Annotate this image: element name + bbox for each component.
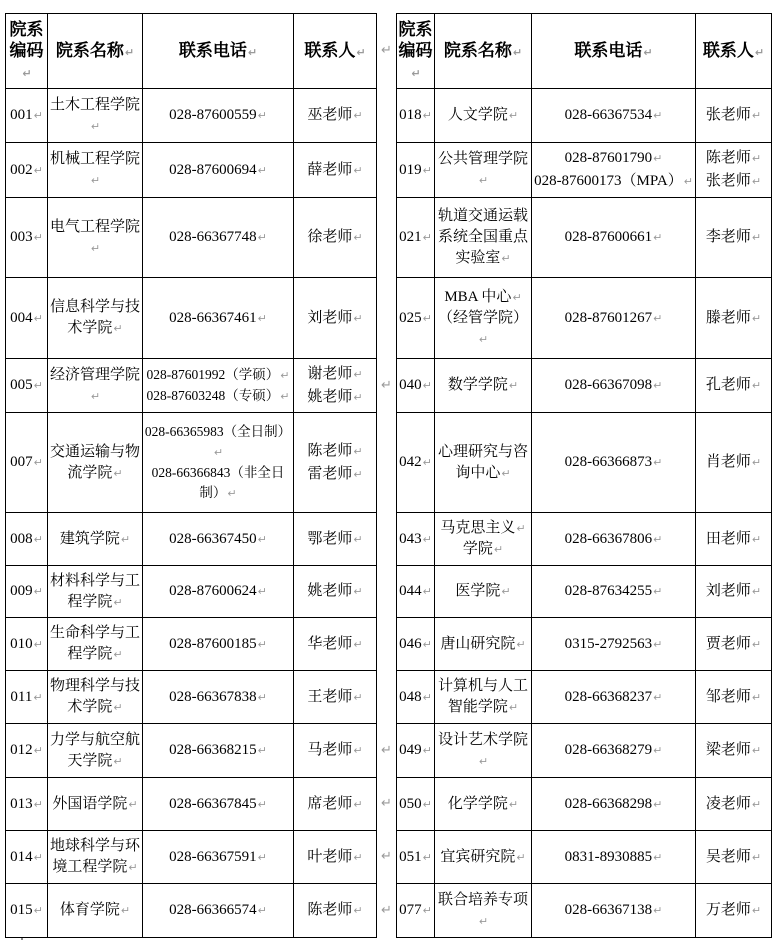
column-header: 联系电话↵	[532, 14, 696, 89]
dept-code: 003	[10, 229, 33, 245]
column-header-label: 院系编码	[399, 20, 433, 60]
contact-line: 贾老师↵	[697, 633, 770, 656]
contact-cell: 肖老师↵	[696, 413, 772, 513]
dept-name-line: 材料科学与工	[49, 571, 141, 592]
contact-table-left: 院系编码↵院系名称↵联系电话↵联系人↵ 001↵土木工程学院↵028-87600…	[5, 13, 377, 938]
paragraph-mark-icon: ↵	[653, 533, 662, 546]
dept-name-line: 天学院↵	[49, 751, 141, 772]
dept-name-line: 设计艺术学院↵	[436, 730, 530, 772]
phone-number: 028-87603248（专硕）	[147, 388, 280, 403]
paragraph-mark-icon: ↵	[353, 109, 362, 122]
paragraph-mark-icon: ↵	[353, 164, 362, 177]
phone-line: 028-87600185↵	[144, 633, 292, 656]
column-header: 院系名称↵	[48, 14, 143, 89]
phone-line: 028-87600661↵	[533, 226, 694, 249]
table-row: 002↵机械工程学院↵028-87600694↵薛老师↵	[6, 143, 377, 198]
dept-name-line: 计算机与人工	[436, 676, 530, 697]
column-header: 院系编码↵	[6, 14, 48, 89]
contact-cell: 鄂老师↵	[294, 513, 377, 566]
paragraph-mark-icon: ↵	[653, 904, 662, 917]
phone-number: 028-87634255	[565, 583, 653, 599]
phone-line: 028-66367591↵	[144, 846, 292, 869]
dept-code: 008	[10, 531, 33, 547]
paragraph-mark-icon: ↵	[752, 744, 761, 757]
dept-code: 050	[399, 796, 422, 812]
contact-cell: 孔老师↵	[696, 359, 772, 413]
paragraph-mark-icon: ↵	[34, 744, 43, 757]
table-row: 015↵体育学院↵028-66366574↵陈老师↵	[6, 884, 377, 938]
column-header-label: 院系编码	[10, 20, 44, 60]
dept-name-line: 公共管理学院↵	[436, 149, 530, 191]
table-row: 013↵外国语学院↵028-66367845↵席老师↵	[6, 778, 377, 831]
phone-cell: 028-66365983（全日制）↵028-66366843（非全日制）↵	[143, 413, 294, 513]
dept-name: 材料科学与工	[50, 573, 140, 589]
dept-name: 人文学院	[448, 107, 508, 123]
dept-code-cell: 018↵	[397, 89, 435, 143]
phone-cell: 0315-2792563↵	[532, 618, 696, 671]
table-row: 044↵医学院↵028-87634255↵刘老师↵	[397, 566, 772, 618]
contact-person: 张老师	[706, 173, 751, 189]
contact-cell: 徐老师↵	[294, 198, 377, 278]
paragraph-mark-icon: ↵	[34, 904, 43, 917]
phone-number: 028-66365983（全日制）	[145, 424, 291, 439]
paragraph-mark-icon: ↵	[34, 456, 43, 469]
paragraph-mark-icon: ↵	[509, 109, 518, 122]
contact-line: 万老师↵	[697, 899, 770, 922]
dept-name: 术学院	[67, 699, 112, 715]
table-row: 005↵经济管理学院↵028-87601992（学硕）↵028-87603248…	[6, 359, 377, 413]
dept-name-line: 人文学院↵	[436, 105, 530, 126]
contact-cell: 陈老师↵雷老师↵	[294, 413, 377, 513]
phone-number: 0315-2792563	[565, 636, 653, 652]
paragraph-mark-icon: ↵	[752, 109, 761, 122]
dept-name: 联合培养专项	[438, 892, 528, 908]
dept-name-line: 生命科学与工	[49, 623, 141, 644]
dept-name-cell: 物理科学与技术学院↵	[48, 671, 143, 724]
paragraph-mark-icon: ↵	[258, 585, 267, 598]
contact-person: 徐老师	[307, 229, 352, 245]
dept-code: 021	[399, 229, 422, 245]
dept-code: 001	[10, 107, 33, 123]
contact-line: 鄂老师↵	[295, 528, 375, 551]
phone-cell: 028-66368298↵	[532, 778, 696, 831]
dept-code: 010	[10, 636, 33, 652]
paragraph-mark-icon: ↵	[353, 368, 362, 381]
paragraph-mark-icon: ↵	[353, 391, 362, 404]
paragraph-mark-icon: ↵	[381, 796, 392, 811]
phone-line: 028-66367748↵	[144, 226, 292, 249]
dept-name-cell: 机械工程学院↵	[48, 143, 143, 198]
dept-name-line: 宜宾研究院↵	[436, 847, 530, 868]
dept-name-cell: 力学与航空航天学院↵	[48, 724, 143, 778]
dept-code-cell: 049↵	[397, 724, 435, 778]
dept-code-cell: 007↵	[6, 413, 48, 513]
phone-cell: 028-66366873↵	[532, 413, 696, 513]
dept-name: 程学院	[67, 594, 112, 610]
paragraph-mark-icon: ↵	[653, 638, 662, 651]
phone-cell: 028-66367591↵	[143, 831, 294, 884]
paragraph-mark-icon: ↵	[258, 109, 267, 122]
contact-person: 马老师	[307, 742, 352, 758]
paragraph-mark-icon: ↵	[423, 691, 432, 704]
phone-number: 028-66366843（非全日制）	[152, 465, 285, 500]
dept-code: 042	[399, 454, 422, 470]
phone-number: 028-66368237	[565, 689, 653, 705]
dept-name: 医学院	[455, 583, 500, 599]
dept-name-cell: 宜宾研究院↵	[435, 831, 532, 884]
phone-number: 028-66367838	[169, 689, 257, 705]
paragraph-mark-icon: ↵	[113, 648, 122, 661]
header-row: 院系编码↵院系名称↵联系电话↵联系人↵	[397, 14, 772, 89]
dept-code: 013	[10, 796, 33, 812]
contact-person: 刘老师	[706, 583, 751, 599]
contact-line: 席老师↵	[295, 793, 375, 816]
contact-person: 巫老师	[307, 107, 352, 123]
phone-number: 028-87601267	[565, 310, 653, 326]
paragraph-mark-icon: ↵	[752, 638, 761, 651]
phone-line: 028-87600559↵	[144, 104, 292, 127]
paragraph-mark-icon: ↵	[381, 849, 392, 864]
contact-person: 滕老师	[706, 310, 751, 326]
paragraph-mark-icon: ↵	[353, 691, 362, 704]
dept-name: 公共管理学院	[438, 151, 528, 167]
dept-name-line: 询中心↵	[436, 463, 530, 484]
paragraph-mark-icon: ↵	[643, 46, 652, 59]
contact-line: 谢老师↵	[295, 363, 375, 386]
contact-cell: 姚老师↵	[294, 566, 377, 618]
contact-person: 邹老师	[706, 689, 751, 705]
dept-code: 011	[10, 689, 32, 705]
phone-line: 028-66368237↵	[533, 686, 694, 709]
gap-row: ↵	[377, 830, 396, 883]
paragraph-mark-icon: ↵	[423, 851, 432, 864]
phone-cell: 028-87601992（学硕）↵028-87603248（专硕）↵	[143, 359, 294, 413]
dept-name-line: 程学院↵	[49, 592, 141, 613]
paragraph-mark-icon: ↵	[653, 585, 662, 598]
paragraph-mark-icon: ↵	[423, 379, 432, 392]
phone-line: 028-87600624↵	[144, 580, 292, 603]
paragraph-mark-icon: ↵	[91, 120, 100, 133]
dept-name-line: 交通运输与物	[49, 442, 141, 463]
phone-number: 028-66366873	[565, 454, 653, 470]
phone-cell: 028-87601790↵028-87600173（MPA）↵	[532, 143, 696, 198]
contact-person: 田老师	[706, 531, 751, 547]
dept-code-cell: 025↵	[397, 278, 435, 359]
contact-cell: 薛老师↵	[294, 143, 377, 198]
paragraph-mark-icon: ↵	[113, 755, 122, 768]
dept-name: 机械工程学院	[50, 151, 140, 167]
phone-cell: 028-66368279↵	[532, 724, 696, 778]
contact-line: 薛老师↵	[295, 159, 375, 182]
dept-name-line: 境工程学院↵	[49, 857, 141, 878]
dept-name-line: 实验室↵	[436, 248, 530, 269]
gap-row: ↵	[377, 883, 396, 937]
contact-line: 王老师↵	[295, 686, 375, 709]
dept-name-line: 化学学院↵	[436, 794, 530, 815]
table-row: 043↵马克思主义↵学院↵028-66367806↵田老师↵	[397, 513, 772, 566]
contact-line: 马老师↵	[295, 739, 375, 762]
paragraph-mark-icon: ↵	[653, 691, 662, 704]
phone-number: 028-66367591	[169, 849, 257, 865]
paragraph-mark-icon: ↵	[34, 164, 43, 177]
dept-name-line: 术学院↵	[49, 697, 141, 718]
dept-name-line: 信息科学与技	[49, 297, 141, 318]
phone-cell: 028-87601267↵	[532, 278, 696, 359]
phone-number: 028-66368215	[169, 742, 257, 758]
dept-code-cell: 014↵	[6, 831, 48, 884]
dept-name: 流学院	[67, 465, 112, 481]
contact-line: 李老师↵	[697, 226, 770, 249]
dept-name-line: 机械工程学院↵	[49, 149, 141, 191]
dept-name: 外国语学院	[52, 796, 127, 812]
dept-name: 唐山研究院	[440, 636, 515, 652]
dept-code: 012	[10, 742, 33, 758]
dept-code-cell: 040↵	[397, 359, 435, 413]
paragraph-mark-icon: ↵	[91, 242, 100, 255]
contact-line: 邹老师↵	[697, 686, 770, 709]
dept-name-line: 体育学院↵	[49, 900, 141, 921]
paragraph-mark-icon: ↵	[33, 691, 42, 704]
paragraph-mark-icon: ↵	[353, 445, 362, 458]
column-header-label: 联系电话	[179, 41, 247, 60]
phone-number: 028-87600173（MPA）	[534, 173, 683, 189]
table-row: 003↵电气工程学院↵028-66367748↵徐老师↵	[6, 198, 377, 278]
contact-cell: 梁老师↵	[696, 724, 772, 778]
paragraph-mark-icon: ↵	[494, 543, 503, 556]
column-header-label: 联系人	[703, 41, 754, 60]
phone-number: 028-66367098	[565, 377, 653, 393]
phone-line: 0315-2792563↵	[533, 633, 694, 656]
paragraph-mark-icon: ↵	[381, 743, 392, 758]
paragraph-mark-icon: ↵	[752, 851, 761, 864]
phone-line: 028-66368215↵	[144, 739, 292, 762]
phone-line: 028-66366574↵	[144, 899, 292, 922]
column-header-label: 联系人	[304, 41, 355, 60]
column-header-label: 院系名称	[444, 41, 512, 60]
dept-code-cell: 002↵	[6, 143, 48, 198]
phone-cell: 028-87600559↵	[143, 89, 294, 143]
paragraph-mark-icon: ↵	[128, 798, 137, 811]
paragraph-mark-icon: ↵	[423, 585, 432, 598]
table-row: 008↵建筑学院↵028-66367450↵鄂老师↵	[6, 513, 377, 566]
contact-line: 张老师↵	[697, 170, 770, 193]
dept-code: 043	[399, 531, 422, 547]
dept-name: 马克思主义	[440, 520, 515, 536]
dept-name-cell: 化学学院↵	[435, 778, 532, 831]
dept-code-cell: 011↵	[6, 671, 48, 724]
dept-code-cell: 005↵	[6, 359, 48, 413]
dept-name: （经管学院）	[438, 310, 528, 326]
paragraph-mark-icon: ↵	[121, 904, 130, 917]
contact-cell: 华老师↵	[294, 618, 377, 671]
paragraph-mark-icon: ↵	[128, 861, 137, 874]
dept-name: 力学与航空航	[50, 732, 140, 748]
table-row: 025↵MBA 中心↵（经管学院）↵028-87601267↵滕老师↵	[397, 278, 772, 359]
dept-name: 电气工程学院	[50, 219, 140, 235]
gap-row: ↵	[377, 777, 396, 830]
paragraph-mark-icon: ↵	[752, 798, 761, 811]
phone-number: 0831-8930885	[565, 849, 653, 865]
paragraph-mark-icon: ↵	[752, 379, 761, 392]
contact-line: 滕老师↵	[697, 307, 770, 330]
paragraph-mark-icon: ↵	[423, 904, 432, 917]
dept-name-line: MBA 中心↵	[436, 287, 530, 308]
dept-name: 物理科学与技	[50, 678, 140, 694]
contact-line: 雷老师↵	[295, 463, 375, 486]
dept-code: 007	[10, 454, 33, 470]
paragraph-mark-icon: ↵	[423, 231, 432, 244]
phone-cell: 028-87600624↵	[143, 566, 294, 618]
contact-person: 鄂老师	[307, 531, 352, 547]
dept-name-cell: 生命科学与工程学院↵	[48, 618, 143, 671]
paragraph-mark-icon: ↵	[516, 851, 525, 864]
dept-code-cell: 043↵	[397, 513, 435, 566]
table-row: 001↵土木工程学院↵028-87600559↵巫老师↵	[6, 89, 377, 143]
dept-name: 宜宾研究院	[440, 849, 515, 865]
dept-code: 044	[399, 583, 422, 599]
phone-number: 028-87600185	[169, 636, 257, 652]
dept-name-cell: 体育学院↵	[48, 884, 143, 938]
dept-name-line: 经济管理学院↵	[49, 365, 141, 407]
paragraph-mark-icon: ↵	[248, 46, 257, 59]
paragraph-mark-icon: ↵	[381, 43, 392, 58]
dept-name-cell: 马克思主义↵学院↵	[435, 513, 532, 566]
gap-row	[377, 197, 396, 277]
dept-code-cell: 050↵	[397, 778, 435, 831]
phone-number: 028-66366574	[169, 902, 257, 918]
phone-number: 028-66368298	[565, 796, 653, 812]
dept-code-cell: 008↵	[6, 513, 48, 566]
dept-name: MBA 中心	[444, 289, 511, 305]
table-row: 014↵地球科学与环境工程学院↵028-66367591↵叶老师↵	[6, 831, 377, 884]
gap-row	[377, 142, 396, 197]
phone-number: 028-66367450	[169, 531, 257, 547]
phone-cell: 028-66367806↵	[532, 513, 696, 566]
dept-code: 046	[399, 636, 422, 652]
dept-code-cell: 019↵	[397, 143, 435, 198]
paragraph-mark-icon: ↵	[479, 915, 488, 928]
paragraph-mark-icon: ↵	[752, 312, 761, 325]
dept-name-line: （经管学院）↵	[436, 308, 530, 350]
paragraph-mark-icon: ↵	[509, 798, 518, 811]
phone-line: 028-66367534↵	[533, 104, 694, 127]
phone-number: 028-66367748	[169, 229, 257, 245]
column-header: 联系人↵	[294, 14, 377, 89]
dept-code-cell: 044↵	[397, 566, 435, 618]
dept-name: 经济管理学院	[50, 367, 140, 383]
table-row: 050↵化学学院↵028-66368298↵凌老师↵	[397, 778, 772, 831]
dept-name-line: 医学院↵	[436, 581, 530, 602]
table-row: 007↵交通运输与物流学院↵028-66365983（全日制）↵028-6636…	[6, 413, 377, 513]
column-header: 联系人↵	[696, 14, 772, 89]
contact-cell: 张老师↵	[696, 89, 772, 143]
paragraph-mark-icon: ↵	[381, 378, 392, 393]
paragraph-mark-icon: ↵	[479, 333, 488, 346]
table-gap: ↵↵↵↵↵↵	[377, 13, 396, 937]
paragraph-mark-icon: ↵	[423, 312, 432, 325]
contact-line: 陈老师↵	[295, 440, 375, 463]
contact-person: 华老师	[307, 636, 352, 652]
dept-name-cell: 电气工程学院↵	[48, 198, 143, 278]
header-row: 院系编码↵院系名称↵联系电话↵联系人↵	[6, 14, 377, 89]
contact-cell: 陈老师↵张老师↵	[696, 143, 772, 198]
paragraph-mark-icon: ↵	[752, 231, 761, 244]
phone-line: 028-87634255↵	[533, 580, 694, 603]
contact-cell: 凌老师↵	[696, 778, 772, 831]
phone-line: 028-87603248（专硕）↵	[144, 386, 292, 407]
dept-code-cell: 012↵	[6, 724, 48, 778]
dept-code: 025	[399, 310, 422, 326]
gap-row	[377, 670, 396, 723]
contact-person: 雷老师	[307, 466, 352, 482]
paragraph-mark-icon: ↵	[501, 585, 510, 598]
dept-name-line: 地球科学与环	[49, 836, 141, 857]
phone-cell: 0831-8930885↵	[532, 831, 696, 884]
contact-person: 谢老师	[307, 366, 352, 382]
phone-line: 028-87601267↵	[533, 307, 694, 330]
contact-cell: 滕老师↵	[696, 278, 772, 359]
dept-code: 018	[399, 107, 422, 123]
gap-row	[377, 88, 396, 142]
paragraph-mark-icon: ↵	[653, 231, 662, 244]
paragraph-mark-icon: ↵	[280, 369, 289, 382]
contact-line: 孔老师↵	[697, 374, 770, 397]
dept-name: 境工程学院	[52, 859, 127, 875]
contact-cell: 马老师↵	[294, 724, 377, 778]
contact-line: 刘老师↵	[295, 307, 375, 330]
phone-number: 028-87600559	[169, 107, 257, 123]
dept-code-cell: 003↵	[6, 198, 48, 278]
dept-code-cell: 048↵	[397, 671, 435, 724]
dept-name-line: 学院↵	[436, 539, 530, 560]
stray-mark	[21, 938, 23, 940]
contact-cell: 吴老师↵	[696, 831, 772, 884]
contact-line: 张老师↵	[697, 104, 770, 127]
phone-number: 028-66367534	[565, 107, 653, 123]
phone-line: 028-66366843（非全日制）↵	[144, 463, 292, 504]
phone-line: 028-66367806↵	[533, 528, 694, 551]
contact-cell: 叶老师↵	[294, 831, 377, 884]
phone-line: 028-66367450↵	[144, 528, 292, 551]
dept-name-line: 唐山研究院↵	[436, 634, 530, 655]
dept-name-cell: 经济管理学院↵	[48, 359, 143, 413]
dept-code-cell: 010↵	[6, 618, 48, 671]
phone-line: 028-87600694↵	[144, 159, 292, 182]
paragraph-mark-icon: ↵	[113, 596, 122, 609]
dept-name: 建筑学院	[60, 531, 120, 547]
table-row: 009↵材料科学与工程学院↵028-87600624↵姚老师↵	[6, 566, 377, 618]
contact-line: 陈老师↵	[697, 147, 770, 170]
paragraph-mark-icon: ↵	[752, 175, 761, 188]
paragraph-mark-icon: ↵	[479, 755, 488, 768]
dept-code-cell: 015↵	[6, 884, 48, 938]
dept-name-cell: 信息科学与技术学院↵	[48, 278, 143, 359]
paragraph-mark-icon: ↵	[653, 456, 662, 469]
gap-row: ↵	[377, 13, 396, 88]
contact-line: 徐老师↵	[295, 226, 375, 249]
paragraph-mark-icon: ↵	[423, 164, 432, 177]
contact-person: 席老师	[307, 796, 352, 812]
dept-name-line: 系统全国重点	[436, 227, 530, 248]
column-header: 联系电话↵	[143, 14, 294, 89]
paragraph-mark-icon: ↵	[258, 312, 267, 325]
paragraph-mark-icon: ↵	[479, 174, 488, 187]
phone-number: 028-87601992（学硕）	[147, 367, 280, 382]
contact-person: 凌老师	[706, 796, 751, 812]
contact-person: 陈老师	[307, 443, 352, 459]
dept-name: 数学学院	[448, 377, 508, 393]
paragraph-mark-icon: ↵	[353, 312, 362, 325]
